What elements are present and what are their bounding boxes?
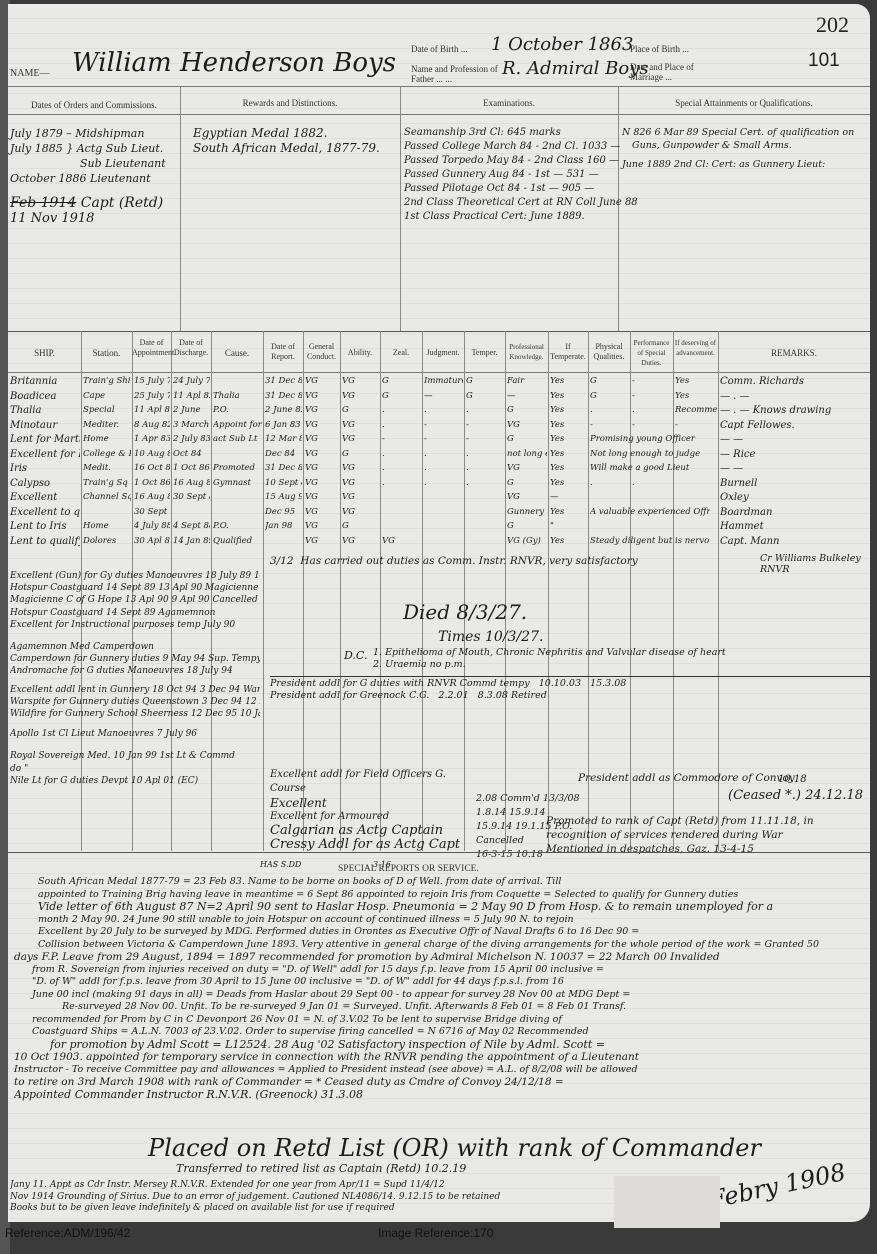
col-divider [400, 86, 401, 331]
table-cell: 11 Apl 82 [134, 405, 170, 416]
table-cell: Channel Sq [83, 492, 131, 503]
table-cell: Yes [550, 536, 587, 547]
table-cell: 1 Oct 86 [173, 463, 210, 474]
order-entry: Feb 1914 Capt (Retd) [10, 196, 166, 211]
table-cell: 4 Sept 88 [173, 521, 210, 532]
table-cell: act Sub Lt [213, 434, 262, 445]
table-cell: G [382, 391, 421, 402]
special-reports-title: SPECIAL REPORTS OR SERVICE. [338, 864, 479, 874]
table-cell: VG [305, 420, 339, 431]
table-row: CalypsoTrain'g Sq1 Oct 8616 Aug 87Gymnas… [8, 478, 870, 490]
col-header-cause: Cause. [211, 348, 263, 358]
table-cell: . [382, 405, 421, 416]
table-cell: Britannia [10, 376, 80, 387]
table-cell: 1 Oct 86 [134, 478, 170, 489]
table-cell: Cape [83, 391, 131, 402]
col-header-ship: SHIP. [8, 348, 81, 358]
table-cell: Yes [550, 463, 587, 474]
table-cell: . [382, 478, 421, 489]
table-cell: Lent for Martin [10, 434, 80, 445]
table-cell: Oct 84 [173, 449, 210, 460]
col-header-remarks: REMARKS. [718, 348, 870, 358]
father-label: Name and Profession of Father ... ... [411, 64, 501, 84]
table-cell: VG [382, 536, 421, 547]
table-row: Lent to qualify for G.Dolores30 Apl 8714… [8, 536, 870, 548]
table-cell: VG [342, 492, 379, 503]
table-cell: Dec 84 [265, 449, 302, 460]
col-header-appointment: Date of Appointment. [132, 338, 171, 358]
exam-entry: Passed College March 84 - 2nd Cl. 1033 — [404, 140, 638, 154]
table-cell: Boadicea [10, 391, 80, 402]
order-entry: October 1886 Lieutenant [10, 171, 166, 186]
table-cell: . [424, 478, 463, 489]
table-cell: G [507, 434, 547, 445]
table-cell: VG [342, 536, 379, 547]
table-row: BritanniaTrain'g Ship15 July 7624 July 7… [8, 376, 870, 388]
table-cell: VG [305, 521, 339, 532]
table-cell: VG [305, 507, 339, 518]
reward-entry: Egyptian Medal 1882. [193, 126, 380, 141]
order-entry: 11 Nov 1918 [10, 211, 166, 226]
table-cell: 31 Dec 85 [265, 463, 302, 474]
table-cell: G [507, 478, 547, 489]
col-header-temperate: If Temperate. [548, 342, 588, 362]
table-cell: 10 Sept 87 [265, 478, 302, 489]
special-reports-body: South African Medal 1877-79 = 23 Feb 83.… [14, 876, 866, 1101]
table-cell: Dec 95 [265, 507, 302, 518]
table-cell: Home [83, 434, 131, 445]
table-cell: 8 Aug 82 [134, 420, 170, 431]
col-header-zeal: Zeal. [380, 348, 422, 358]
table-cell: Recommended [675, 405, 717, 416]
table-row: ThaliaSpecial11 Apl 822 JuneP.O.2 June 8… [8, 405, 870, 417]
ship-list-lower: Excellent (Gun) for Gy duties Manoeuvres… [10, 570, 260, 787]
dob-value: 1 October 1863 [491, 34, 633, 55]
table-cell: G [342, 449, 379, 460]
table-row: Excellent for ExamCollege & P10 Aug 83Oc… [8, 449, 870, 461]
stamp-number: 101 [808, 50, 840, 72]
table-cell: G [342, 405, 379, 416]
table-cell: VG [507, 492, 547, 503]
table-cell: Yes [550, 405, 587, 416]
birthplace-label: Place of Birth ... [630, 44, 689, 54]
table-cell: VG [507, 463, 547, 474]
table-cell: G [382, 376, 421, 387]
table-cell: Train'g Ship [83, 376, 131, 387]
table-cell: . [382, 420, 421, 431]
rnvr-remark-signer: Cr Williams Bulkeley RNVR [760, 553, 870, 575]
special-attainments: N 826 6 Mar 89 Special Cert. of qualific… [622, 126, 854, 171]
table-cell: VG [507, 420, 547, 431]
top-header-line [8, 114, 870, 115]
table-cell: Appoint for Martin [213, 420, 262, 431]
table-cell: Iris [10, 463, 80, 474]
table-cell: . [466, 449, 504, 460]
table-cell: 3 March 83 [173, 420, 210, 431]
table-cell: - [424, 420, 463, 431]
name-label: NAME— [10, 68, 49, 79]
table-cell: Yes [550, 420, 587, 431]
table-cell: 10 Aug 83 [134, 449, 170, 460]
table-cell: Promoted [213, 463, 262, 474]
table-cell: 15 Aug 91 [265, 492, 302, 503]
table-cell: - [632, 376, 672, 387]
attainment-entry: Guns, Gunpowder & Small Arms. [622, 139, 854, 152]
table-cell: — [550, 492, 587, 503]
retirement-note: Placed on Retd List (OR) with rank of Co… [148, 1134, 761, 1162]
dob-label: Date of Birth ... [411, 44, 468, 54]
table-cell: Excellent to qualify for Gunnery duties [10, 507, 80, 518]
exam-entry: Passed Gunnery Aug 84 - 1st — 531 — [404, 168, 638, 182]
table-cell: Thalia [213, 391, 262, 402]
table-cell: Home [83, 521, 131, 532]
examinations-list: Seamanship 3rd Cl: 645 marks Passed Coll… [404, 126, 638, 224]
table-cell: 16 Aug 87 [134, 492, 170, 503]
table-row: ExcellentChannel Sq16 Aug 8730 Sept 8715… [8, 492, 870, 504]
table-cell: Thalia [10, 405, 80, 416]
table-cell: Burnell [720, 478, 869, 489]
table-row: BoadiceaCape25 July 7811 Apl 82Thalia31 … [8, 391, 870, 403]
death-dc-label: D.C. [344, 649, 367, 662]
table-cell: 16 Oct 84 [134, 463, 170, 474]
table-cell: Yes [550, 449, 587, 460]
table-cell: Calypso [10, 478, 80, 489]
orders-header: Dates of Orders and Commissions. [8, 100, 180, 110]
rewards-list: Egyptian Medal 1882. South African Medal… [193, 126, 380, 156]
table-cell: G [466, 376, 504, 387]
table-cell: VG [342, 463, 379, 474]
exam-entry: Passed Pilotage Oct 84 - 1st — 905 — [404, 182, 638, 196]
table-cell: Qualified [213, 536, 262, 547]
table-cell: . [466, 405, 504, 416]
table-cell: Capt. Mann [720, 536, 869, 547]
exam-entry: 1st Class Practical Cert: June 1889. [404, 210, 638, 224]
table-cell: Steady diligent but is nervous [590, 536, 710, 547]
table-cell: Excellent for Exam [10, 449, 80, 460]
table-cell: VG [305, 434, 339, 445]
table-cell: VG [342, 376, 379, 387]
retirement-transfer: Transferred to retired list as Captain (… [176, 1162, 466, 1175]
table-cell: — — [720, 434, 869, 445]
reference-left: Reference:ADM/196/42 [5, 1226, 130, 1240]
table-cell: not long enough to judge [507, 449, 547, 460]
page-number: 202 [816, 12, 849, 38]
table-cell: Yes [550, 434, 587, 445]
col-header-judgment: Judgment. [422, 348, 464, 358]
rnvr-remark: 3/12 Has carried out duties as Comm. Ins… [270, 555, 638, 567]
table-cell: Gymnast [213, 478, 262, 489]
table-cell: VG [342, 434, 379, 445]
table-cell: Immature [424, 376, 463, 387]
table-cell: . [466, 478, 504, 489]
table-cell: Hammet [720, 521, 869, 532]
table-cell: . [424, 463, 463, 474]
col-header-special-duties: Performance of Special Duties. [630, 338, 673, 368]
col-header-ability: Ability. [340, 348, 380, 358]
death-cause: 1. Epithelioma of Mouth, Chronic Nephrit… [373, 647, 726, 671]
table-cell: 30 Sept 87 [173, 492, 210, 503]
table-cell: 31 Dec 80 [265, 376, 302, 387]
table-cell: P.O. [213, 521, 262, 532]
death-underline [270, 676, 870, 677]
table-cell: - [675, 420, 717, 431]
table-cell: 25 July 78 [134, 391, 170, 402]
rewards-header: Rewards and Distinctions. [180, 98, 400, 108]
table-cell: 2 June 82 [265, 405, 302, 416]
exam-entry: Seamanship 3rd Cl: 645 marks [404, 126, 638, 140]
table-cell: . [466, 463, 504, 474]
table-cell: — — [720, 463, 869, 474]
table-cell: G [507, 521, 547, 532]
death-times: Times 10/3/27. [438, 629, 543, 645]
exam-entry: 2nd Class Theoretical Cert at RN Coll Ju… [404, 196, 638, 210]
father-value: R. Admiral Boys [502, 58, 649, 79]
table-cell: Yes [675, 391, 717, 402]
table-cell: . [382, 449, 421, 460]
col-header-physical: Physical Qualities. [588, 342, 630, 362]
table-cell: G [507, 405, 547, 416]
table-cell: — . — [720, 391, 869, 402]
table-cell: P.O. [213, 405, 262, 416]
table-cell: Lent to qualify for G. [10, 536, 80, 547]
exam-entry: Passed Torpedo May 84 - 2nd Class 160 — [404, 154, 638, 168]
table-cell: 2 June [173, 405, 210, 416]
margin-note-left: HAS S.DD [260, 860, 301, 869]
table-cell: - [424, 434, 463, 445]
table-cell: — [507, 391, 547, 402]
table-cell: VG [305, 449, 339, 460]
promotion-note: Promoted to rank of Capt (Retd) from 11.… [546, 814, 814, 856]
table-cell: Oxley [720, 492, 869, 503]
table-row: MinotaurMediter.8 Aug 823 March 83Appoin… [8, 420, 870, 432]
table-row: IrisMedit.16 Oct 841 Oct 86Promoted31 De… [8, 463, 870, 475]
table-cell: - [632, 391, 672, 402]
table-cell: — [424, 391, 463, 402]
special-reports-line [8, 852, 870, 853]
table-cell: Dolores [83, 536, 131, 547]
col-header-knowledge: Professional Knowledge. [505, 342, 548, 362]
exams-header: Examinations. [400, 98, 618, 108]
table-row: Excellent to qualify for Gunnery duties3… [8, 507, 870, 519]
table-cell: 11 Apl 82 [173, 391, 210, 402]
table-cell: Yes [675, 376, 717, 387]
table-cell: . [382, 463, 421, 474]
attainment-entry: N 826 6 Mar 89 Special Cert. of qualific… [622, 126, 854, 139]
table-cell: - [466, 420, 504, 431]
table-cell: VG [342, 507, 379, 518]
field-officers-notes: Excellent addl for Field Officers G. Cou… [270, 768, 470, 852]
table-cell: Yes [550, 478, 587, 489]
table-cell: VG [342, 420, 379, 431]
table-cell: Special [83, 405, 131, 416]
col-divider [180, 86, 181, 331]
table-cell: 15 July 76 [134, 376, 170, 387]
table-cell: . [424, 449, 463, 460]
table-cell: Minotaur [10, 420, 80, 431]
table-cell: 4 July 88 [134, 521, 170, 532]
table-cell: VG (Gy) [507, 536, 547, 547]
table-cell: VG [305, 376, 339, 387]
table-cell: Comm. Richards [720, 376, 869, 387]
table-cell: Jan 98 [265, 521, 302, 532]
col-header-conduct: General Conduct. [303, 342, 340, 362]
table-header-line [8, 372, 870, 373]
order-entry: Sub Lieutenant [10, 156, 166, 171]
reward-entry: South African Medal, 1877-79. [193, 141, 380, 156]
table-cell: VG [305, 391, 339, 402]
table-cell: G [342, 521, 379, 532]
name-value: William Henderson Boys [72, 48, 396, 78]
table-cell: 30 Apl 87 [134, 536, 170, 547]
table-cell: 12 Mar 83 [265, 434, 302, 445]
table-cell: VG [305, 536, 339, 547]
table-cell: G [466, 391, 504, 402]
table-cell: Capt Fellowes. [720, 420, 869, 431]
table-cell: Fair [507, 376, 547, 387]
table-cell: Train'g Sq [83, 478, 131, 489]
table-cell: Excellent [10, 492, 80, 503]
orders-list: July 1879 – Midshipman July 1885 } Actg … [10, 126, 166, 226]
table-cell: VG [305, 492, 339, 503]
table-row: Lent to IrisHome4 July 884 Sept 88P.O.Ja… [8, 521, 870, 533]
table-cell: Lent to Iris [10, 521, 80, 532]
table-cell: — . — Knows drawing [720, 405, 869, 416]
order-entry: July 1885 } Actg Sub Lieut. [10, 141, 166, 156]
col-header-temper: Temper. [464, 348, 505, 358]
table-cell: 14 Jan 89 [173, 536, 210, 547]
redaction-patch [614, 1176, 720, 1228]
table-cell: Boardman [720, 507, 869, 518]
table-cell: Promising young Officer [590, 434, 710, 445]
table-cell: - [382, 434, 421, 445]
table-cell: VG [305, 463, 339, 474]
table-cell: Gunnery [507, 507, 547, 518]
retirement-date: Febry 1908 [707, 1158, 848, 1214]
table-cell: 30 Sept 87 [134, 507, 170, 518]
table-cell: " [550, 521, 587, 532]
col-header-report-date: Date of Report. [263, 342, 303, 362]
marriage-label: Date and Place of Marriage ... [630, 62, 720, 82]
table-cell: VG [342, 478, 379, 489]
table-cell: VG [342, 391, 379, 402]
commodore-note-date: 10.18 [778, 774, 807, 785]
reference-center: Image Reference:170 [378, 1226, 493, 1240]
table-cell: A valuable experienced Offr. [590, 507, 710, 518]
table-cell: College & P [83, 449, 131, 460]
table-cell: VG [305, 478, 339, 489]
table-cell: - [466, 434, 504, 445]
ceased-note: (Ceased *.) 24.12.18 [728, 788, 863, 803]
table-cell: Medit. [83, 463, 131, 474]
col-header-station: Station. [81, 348, 132, 358]
table-cell: 1 Apr 83 [134, 434, 170, 445]
col-header-discharge: Date of Discharge. [171, 338, 211, 358]
table-cell: - [632, 420, 672, 431]
table-cell: Yes [550, 391, 587, 402]
table-cell: 6 Jan 83 [265, 420, 302, 431]
table-row: Lent for MartinHome1 Apr 832 July 83act … [8, 434, 870, 446]
table-cell: VG [305, 405, 339, 416]
table-cell: . [632, 405, 672, 416]
footer-notes: Jany 11. Appt as Cdr Instr. Mersey R.N.V… [10, 1180, 620, 1215]
table-cell: 16 Aug 87 [173, 478, 210, 489]
special-header: Special Attainments or Qualifications. [618, 98, 870, 108]
table-cell: Yes [550, 376, 587, 387]
table-cell: Mediter. [83, 420, 131, 431]
order-entry: July 1879 – Midshipman [10, 126, 166, 141]
table-cell: 2 July 83 [173, 434, 210, 445]
death-date: Died 8/3/27. [403, 600, 527, 624]
table-cell: . [632, 478, 672, 489]
table-cell: 31 Dec 81 [265, 391, 302, 402]
table-cell: 24 July 78 [173, 376, 210, 387]
service-record-page: 202 101 NAME— William Henderson Boys Dat… [8, 4, 870, 1222]
table-cell: Not long enough to judge [590, 449, 710, 460]
president-notes: President addl for G duties with RNVR Co… [270, 678, 626, 702]
table-cell: Will make a good Lieut [590, 463, 710, 474]
table-cell: . [424, 405, 463, 416]
table-cell: — Rice [720, 449, 869, 460]
table-top-line [8, 331, 870, 332]
table-cell: Yes [550, 507, 587, 518]
attainment-entry: June 1889 2nd Cl: Cert: as Gunnery Lieut… [622, 158, 854, 171]
commodore-note: President addl as Commodore of Convoy [578, 772, 795, 785]
header-divider [8, 86, 870, 87]
col-header-advancement: If deserving of advancement. [673, 338, 718, 358]
